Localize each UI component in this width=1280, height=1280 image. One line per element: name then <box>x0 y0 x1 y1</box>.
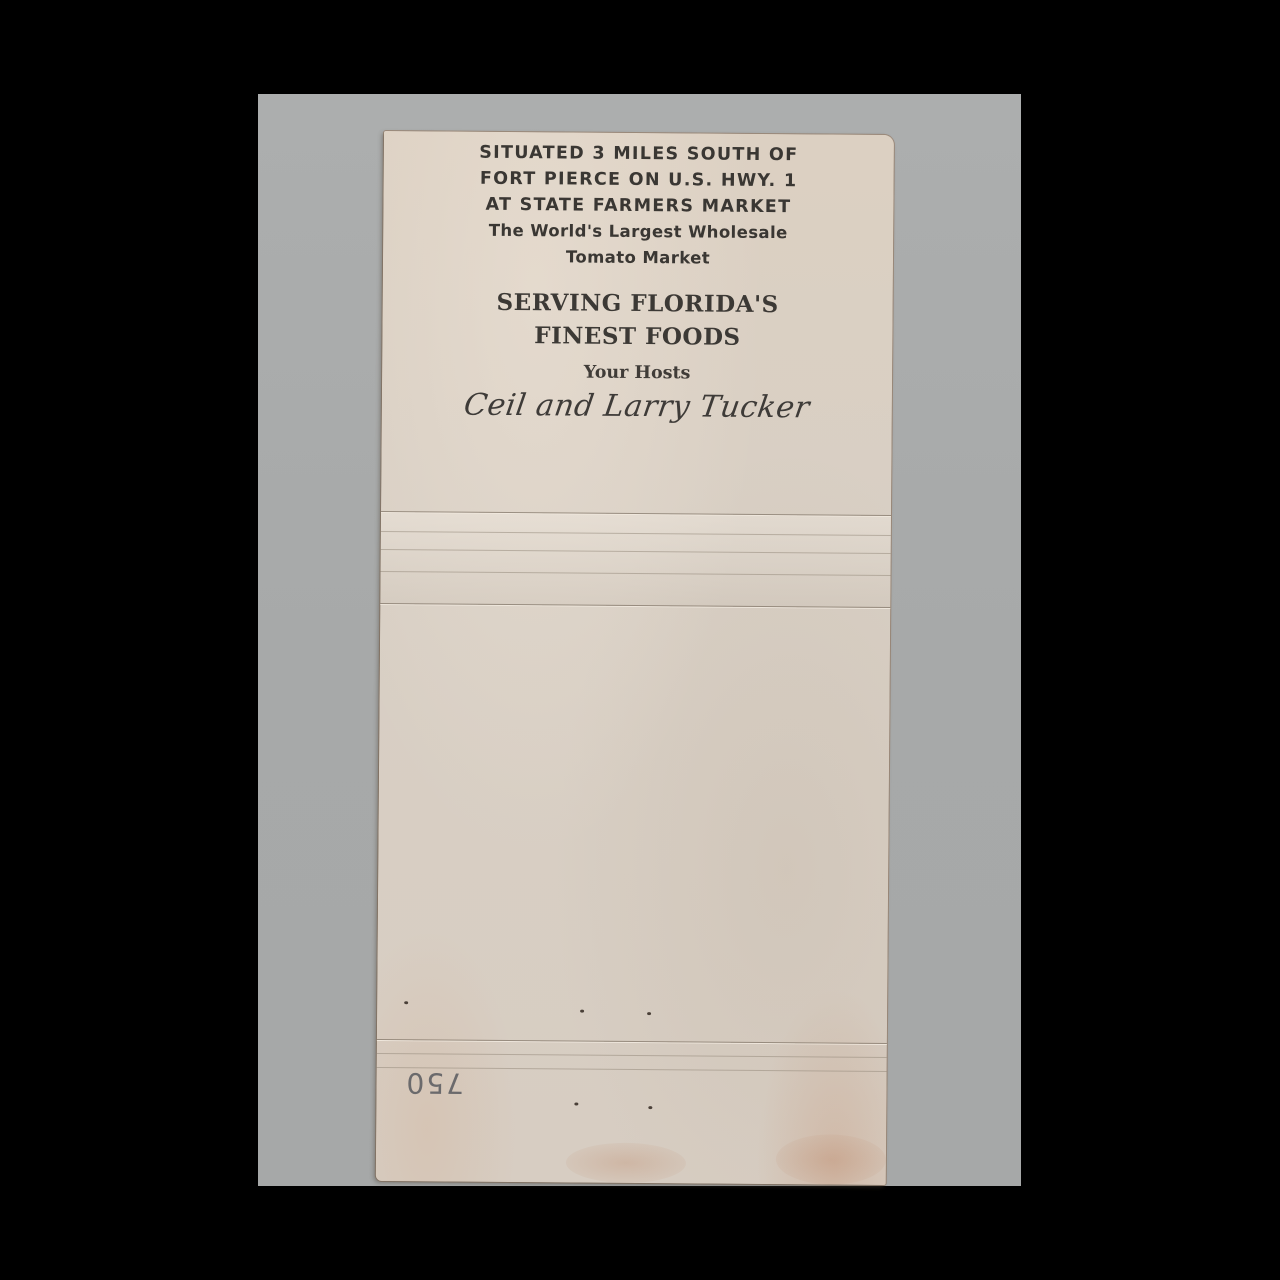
tagline-line-2: Tomato Market <box>383 243 893 273</box>
handwritten-price-note: 750 <box>404 1066 464 1099</box>
upper-fold-band <box>380 513 891 609</box>
staple-mark <box>580 1010 584 1013</box>
staple-mark <box>648 1106 652 1109</box>
lower-fold-line <box>377 1039 887 1044</box>
hosts-names-script: Ceil and Larry Tucker <box>379 387 894 426</box>
hosts-label: Your Hosts <box>382 361 892 385</box>
staple-mark <box>404 1001 408 1004</box>
matchbook-cover: SITUATED 3 MILES SOUTH OF FORT PIERCE ON… <box>376 131 894 1185</box>
location-line-1: SITUATED 3 MILES SOUTH OF <box>384 139 894 169</box>
slogan-line-2: FINEST FOODS <box>382 318 892 355</box>
fold-crease <box>377 1053 887 1058</box>
tagline-line-1: The World's Largest Wholesale <box>383 217 893 247</box>
stain <box>776 1134 886 1185</box>
staple-mark <box>574 1103 578 1106</box>
location-line-2: FORT PIERCE ON U.S. HWY. 1 <box>384 165 894 195</box>
location-line-3: AT STATE FARMERS MARKET <box>383 191 893 221</box>
slogan: SERVING FLORIDA'S FINEST FOODS <box>382 285 893 355</box>
stain <box>566 1142 686 1183</box>
cover-print: SITUATED 3 MILES SOUTH OF FORT PIERCE ON… <box>382 139 894 426</box>
staple-mark <box>647 1012 651 1015</box>
slogan-line-1: SERVING FLORIDA'S <box>383 285 893 322</box>
